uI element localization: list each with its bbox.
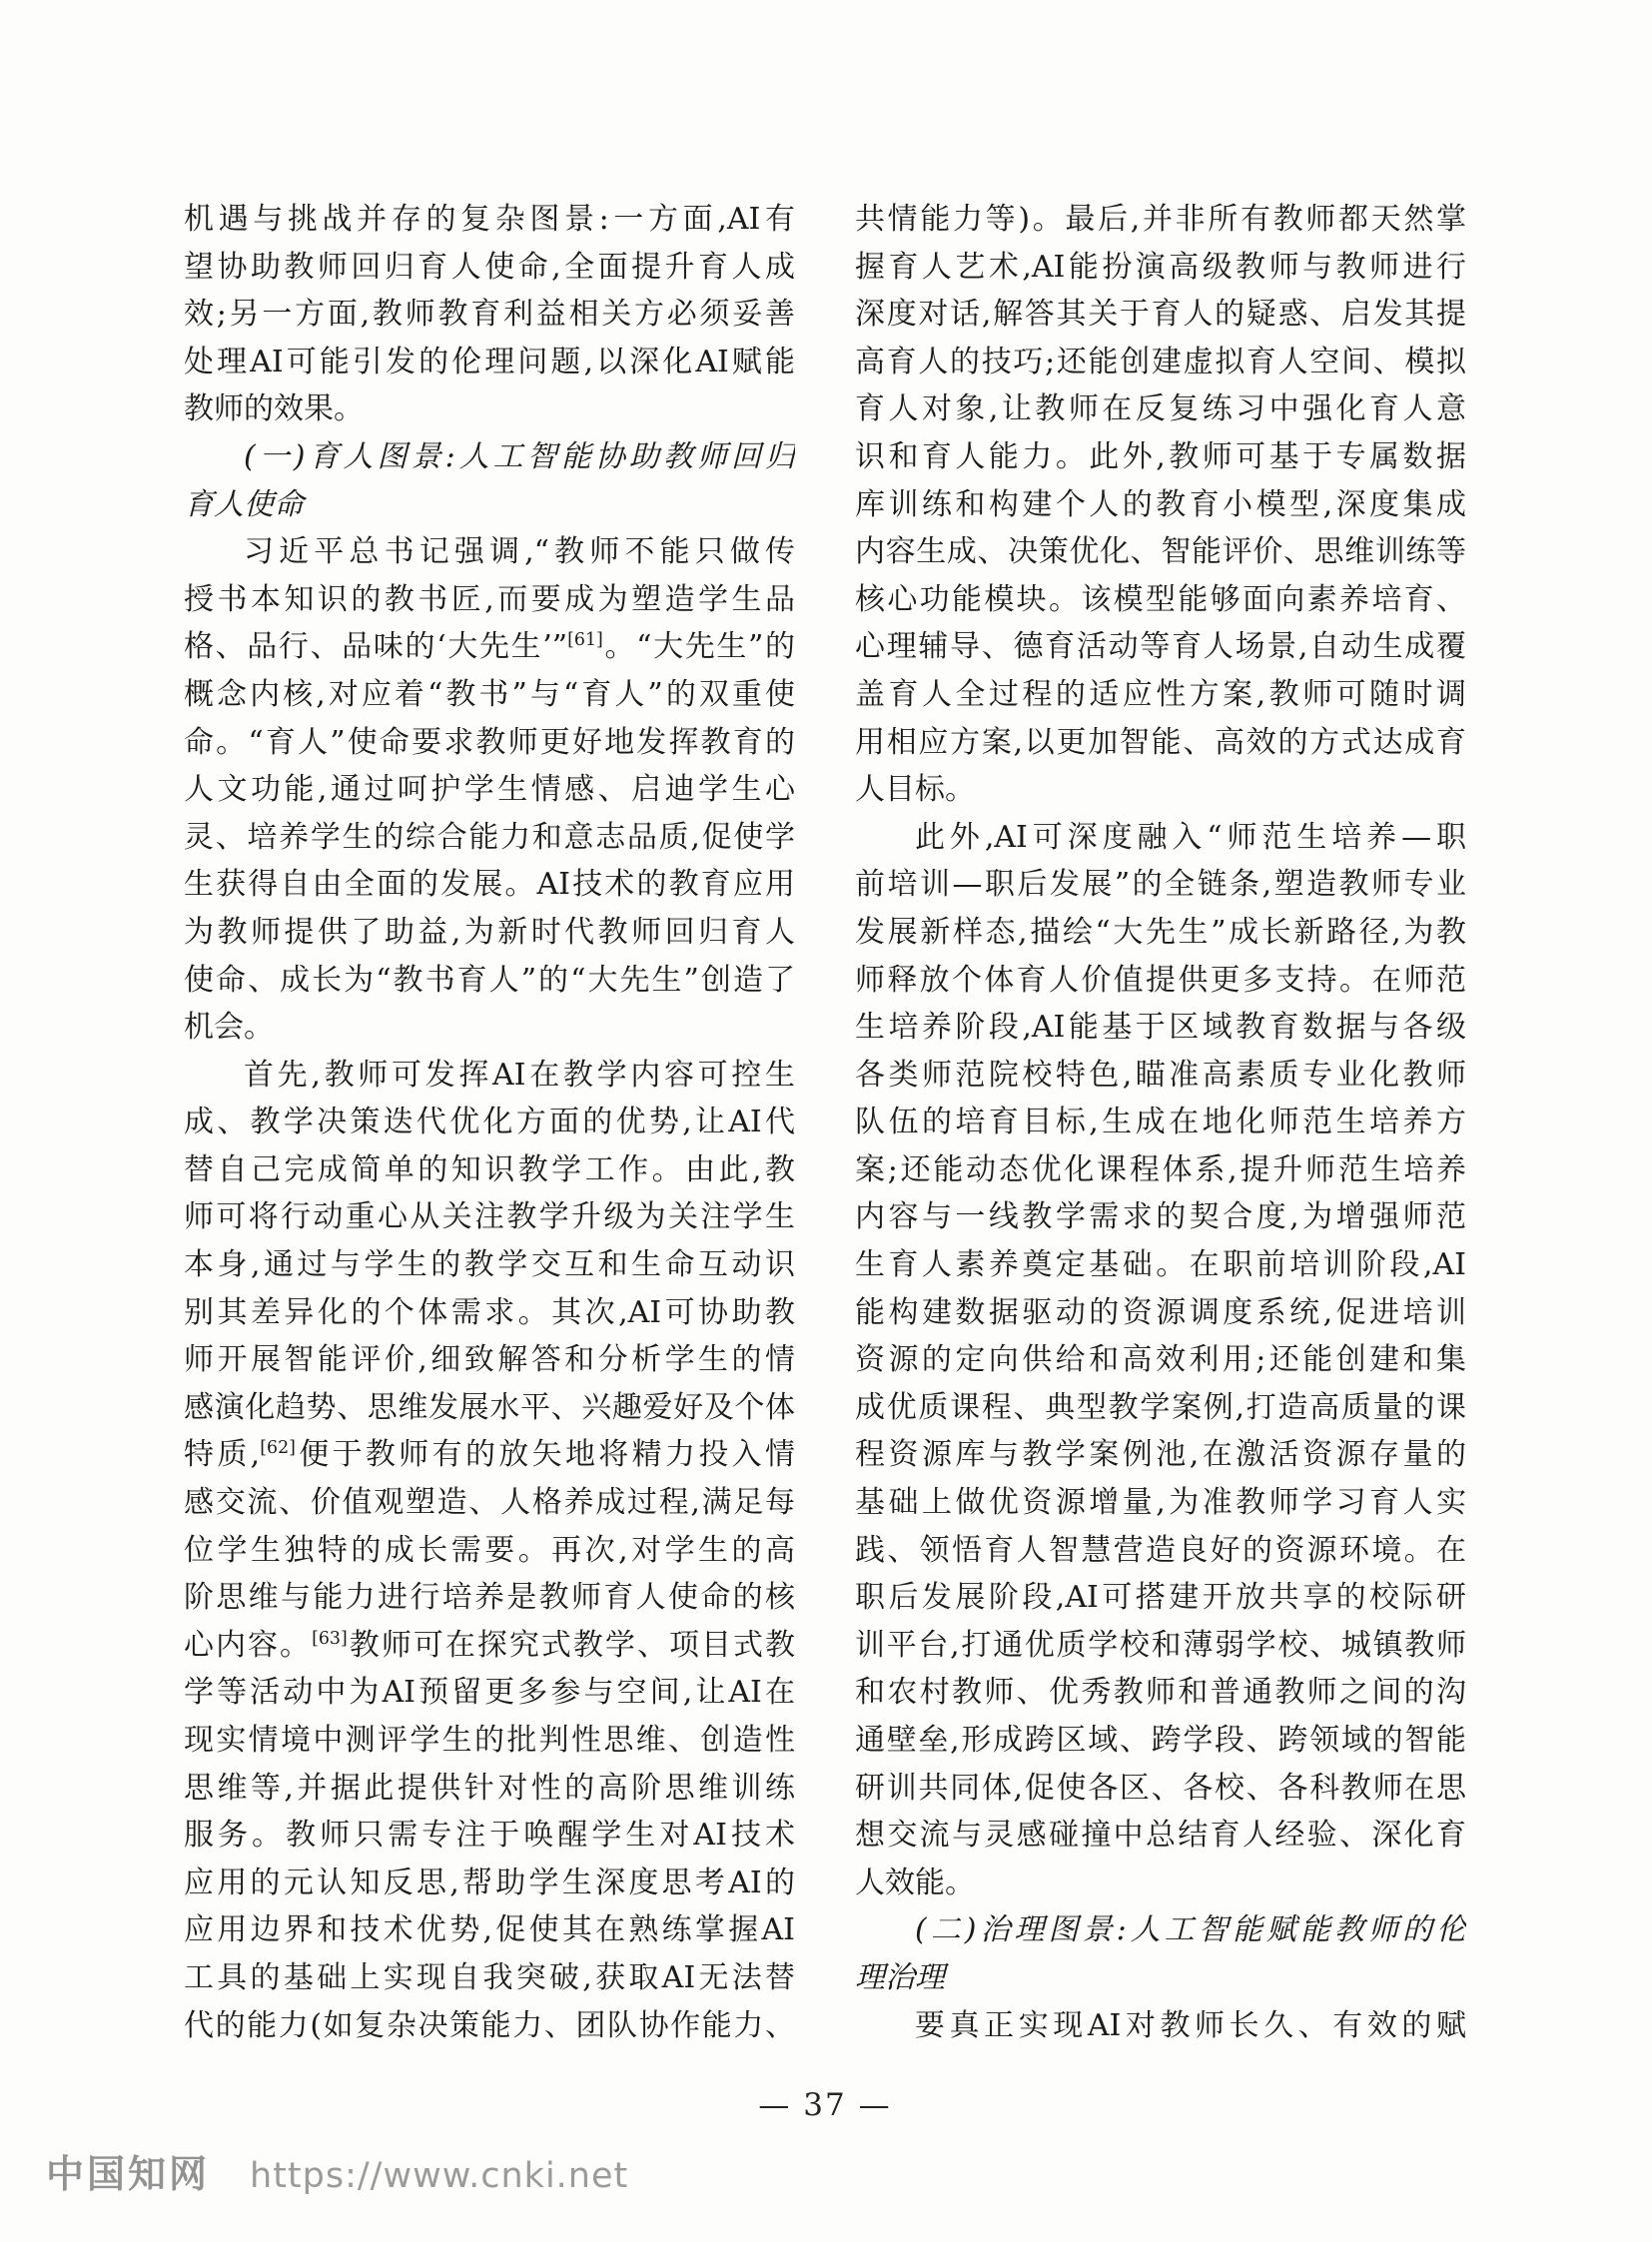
text-line: 望协助教师回归育人使命,全面提升育人成: [184, 244, 795, 292]
text-line: 盖育人全过程的适应性方案,教师可随时调: [855, 671, 1466, 719]
cnki-url-text: https://www.cnki.net: [250, 2156, 628, 2196]
text-line: 感演化趋势、思维发展水平、兴趣爱好及个体: [184, 1384, 795, 1432]
text-line: 生育人素养奠定基础。在职前培训阶段,AI: [855, 1241, 1466, 1289]
text-line: 思维等,并据此提供针对性的高阶思维训练: [184, 1765, 795, 1813]
text-line: 应用的元认知反思,帮助学生深度思考AI的: [184, 1860, 795, 1907]
text-line: 内容与一线教学需求的契合度,为增强师范: [855, 1193, 1466, 1241]
text-line: 成、教学决策迭代优化方面的优势,让AI代: [184, 1099, 795, 1146]
text-line: 本身,通过与学生的教学交互和生命互动识: [184, 1241, 795, 1289]
text-line: 机会。: [184, 1004, 795, 1052]
text-line: 高育人的技巧;还能创建虚拟育人空间、模拟: [855, 339, 1466, 386]
text-line: 人文功能,通过呵护学生情感、启迪学生心: [184, 766, 795, 814]
text-line: 习近平总书记强调,“教师不能只做传: [184, 528, 795, 576]
text-line: 机遇与挑战并存的复杂图景:一方面,AI有: [184, 196, 795, 244]
text-line: 生培养阶段,AI能基于区域教育数据与各级: [855, 1004, 1466, 1052]
text-line: 特质,[62]便于教师有的放矢地将精力投入情: [184, 1431, 795, 1479]
text-line: 灵、培养学生的综合能力和意志品质,促使学: [184, 814, 795, 862]
text-line: 研训共同体,促使各区、各校、各科教师在思: [855, 1765, 1466, 1813]
text-line: 学等活动中为AI预留更多参与空间,让AI在: [184, 1669, 795, 1717]
section-heading-line: (一)育人图景:人工智能协助教师回归: [184, 433, 795, 481]
text-line: 应用边界和技术优势,促使其在熟练掌握AI: [184, 1906, 795, 1954]
section-heading-line: 育人使命: [184, 481, 795, 529]
text-line: 能构建数据驱动的资源调度系统,促进培训: [855, 1289, 1466, 1337]
text-line: 要真正实现AI对教师长久、有效的赋: [855, 2002, 1466, 2050]
text-line: 职后发展阶段,AI可搭建开放共享的校际研: [855, 1574, 1466, 1622]
text-line: 程资源库与教学案例池,在激活资源存量的: [855, 1431, 1466, 1479]
text-line: 共情能力等)。最后,并非所有教师都天然掌: [855, 196, 1466, 244]
text-line: 位学生独特的成长需要。再次,对学生的高: [184, 1527, 795, 1575]
section-heading-line: 理治理: [855, 1954, 1466, 2002]
text-line: 为教师提供了助益,为新时代教师回归育人: [184, 909, 795, 957]
text-line: 首先,教师可发挥AI在教学内容可控生: [184, 1052, 795, 1100]
text-line: 现实情境中测评学生的批判性思维、创造性: [184, 1717, 795, 1765]
text-line: 人效能。: [855, 1860, 1466, 1907]
text-line: 育人对象,让教师在反复练习中强化育人意: [855, 385, 1466, 433]
text-line: 库训练和构建个人的教育小模型,深度集成: [855, 481, 1466, 529]
text-line: 通壁垒,形成跨区域、跨学段、跨领域的智能: [855, 1717, 1466, 1765]
text-line: 教师的效果。: [184, 385, 795, 433]
text-line: 内容生成、决策优化、智能评价、思维训练等: [855, 528, 1466, 576]
citation-reference: [63]: [312, 1629, 348, 1649]
text-line: 授书本知识的教书匠,而要成为塑造学生品: [184, 576, 795, 624]
text-line: 和农村教师、优秀教师和普通教师之间的沟: [855, 1669, 1466, 1717]
journal-scan-page: 机遇与挑战并存的复杂图景:一方面,AI有望协助教师回归育人使命,全面提升育人成效…: [0, 0, 1652, 2242]
text-line: 格、品行、品味的‘大先生’”[61]。“大先生”的: [184, 623, 795, 671]
page-number: — 37 —: [184, 2081, 1466, 2129]
text-line: 师开展智能评价,细致解答和分析学生的情: [184, 1336, 795, 1384]
text-line: 握育人艺术,AI能扮演高级教师与教师进行: [855, 244, 1466, 292]
section-heading-line: (二)治理图景:人工智能赋能教师的伦: [855, 1906, 1466, 1954]
text-line: 感交流、价值观塑造、人格养成过程,满足每: [184, 1479, 795, 1527]
cnki-watermark: 中国知网 https://www.cnki.net: [46, 2143, 628, 2198]
text-line: 心内容。[63]教师可在探究式教学、项目式教: [184, 1622, 795, 1670]
text-line: 识和育人能力。此外,教师可基于专属数据: [855, 433, 1466, 481]
text-line: 服务。教师只需专注于唤醒学生对AI技术: [184, 1812, 795, 1860]
text-line: 使命、成长为“教书育人”的“大先生”创造了: [184, 957, 795, 1005]
text-line: 人目标。: [855, 766, 1466, 814]
text-line: 效;另一方面,教师教育利益相关方必须妥善: [184, 291, 795, 339]
text-line: 阶思维与能力进行培养是教师育人使命的核: [184, 1574, 795, 1622]
text-line: 核心功能模块。该模型能够面向素养培育、: [855, 576, 1466, 624]
text-line: 处理AI可能引发的伦理问题,以深化AI赋能: [184, 339, 795, 386]
citation-reference: [62]: [260, 1439, 296, 1459]
text-line: 心理辅导、德育活动等育人场景,自动生成覆: [855, 623, 1466, 671]
text-line: 队伍的培育目标,生成在地化师范生培养方: [855, 1099, 1466, 1146]
text-line: 用相应方案,以更加智能、高效的方式达成育: [855, 719, 1466, 767]
text-line: 此外,AI可深度融入“师范生培养—职: [855, 814, 1466, 862]
citation-reference: [61]: [567, 631, 603, 651]
text-line: 工具的基础上实现自我突破,获取AI无法替: [184, 1954, 795, 2002]
text-line: 概念内核,对应着“教书”与“育人”的双重使: [184, 671, 795, 719]
text-line: 替自己完成简单的知识教学工作。由此,教: [184, 1146, 795, 1194]
text-line: 生获得自由全面的发展。AI技术的教育应用: [184, 861, 795, 909]
text-line: 命。“育人”使命要求教师更好地发挥教育的: [184, 719, 795, 767]
text-line: 代的能力(如复杂决策能力、团队协作能力、: [184, 2002, 795, 2050]
text-line: 师可将行动重心从关注教学升级为关注学生: [184, 1193, 795, 1241]
text-line: 践、领悟育人智慧营造良好的资源环境。在: [855, 1527, 1466, 1575]
text-line: 基础上做优资源增量,为准教师学习育人实: [855, 1479, 1466, 1527]
text-line: 训平台,打通优质学校和薄弱学校、城镇教师: [855, 1622, 1466, 1670]
text-line: 各类师范院校特色,瞄准高素质专业化教师: [855, 1052, 1466, 1100]
text-line: 师释放个体育人价值提供更多支持。在师范: [855, 957, 1466, 1005]
right-text-column: 共情能力等)。最后,并非所有教师都天然掌握育人艺术,AI能扮演高级教师与教师进行…: [855, 196, 1466, 2049]
text-line: 案;还能动态优化课程体系,提升师范生培养: [855, 1146, 1466, 1194]
text-line: 前培训—职后发展”的全链条,塑造教师专业: [855, 861, 1466, 909]
text-line: 深度对话,解答其关于育人的疑惑、启发其提: [855, 291, 1466, 339]
text-line: 发展新样态,描绘“大先生”成长新路径,为教: [855, 909, 1466, 957]
text-line: 别其差异化的个体需求。其次,AI可协助教: [184, 1289, 795, 1337]
cnki-logo-text: 中国知网: [46, 2143, 210, 2198]
text-line: 想交流与灵感碰撞中总结育人经验、深化育: [855, 1812, 1466, 1860]
left-text-column: 机遇与挑战并存的复杂图景:一方面,AI有望协助教师回归育人使命,全面提升育人成效…: [184, 196, 795, 2049]
text-line: 成优质课程、典型教学案例,打造高质量的课: [855, 1384, 1466, 1432]
text-line: 资源的定向供给和高效利用;还能创建和集: [855, 1336, 1466, 1384]
